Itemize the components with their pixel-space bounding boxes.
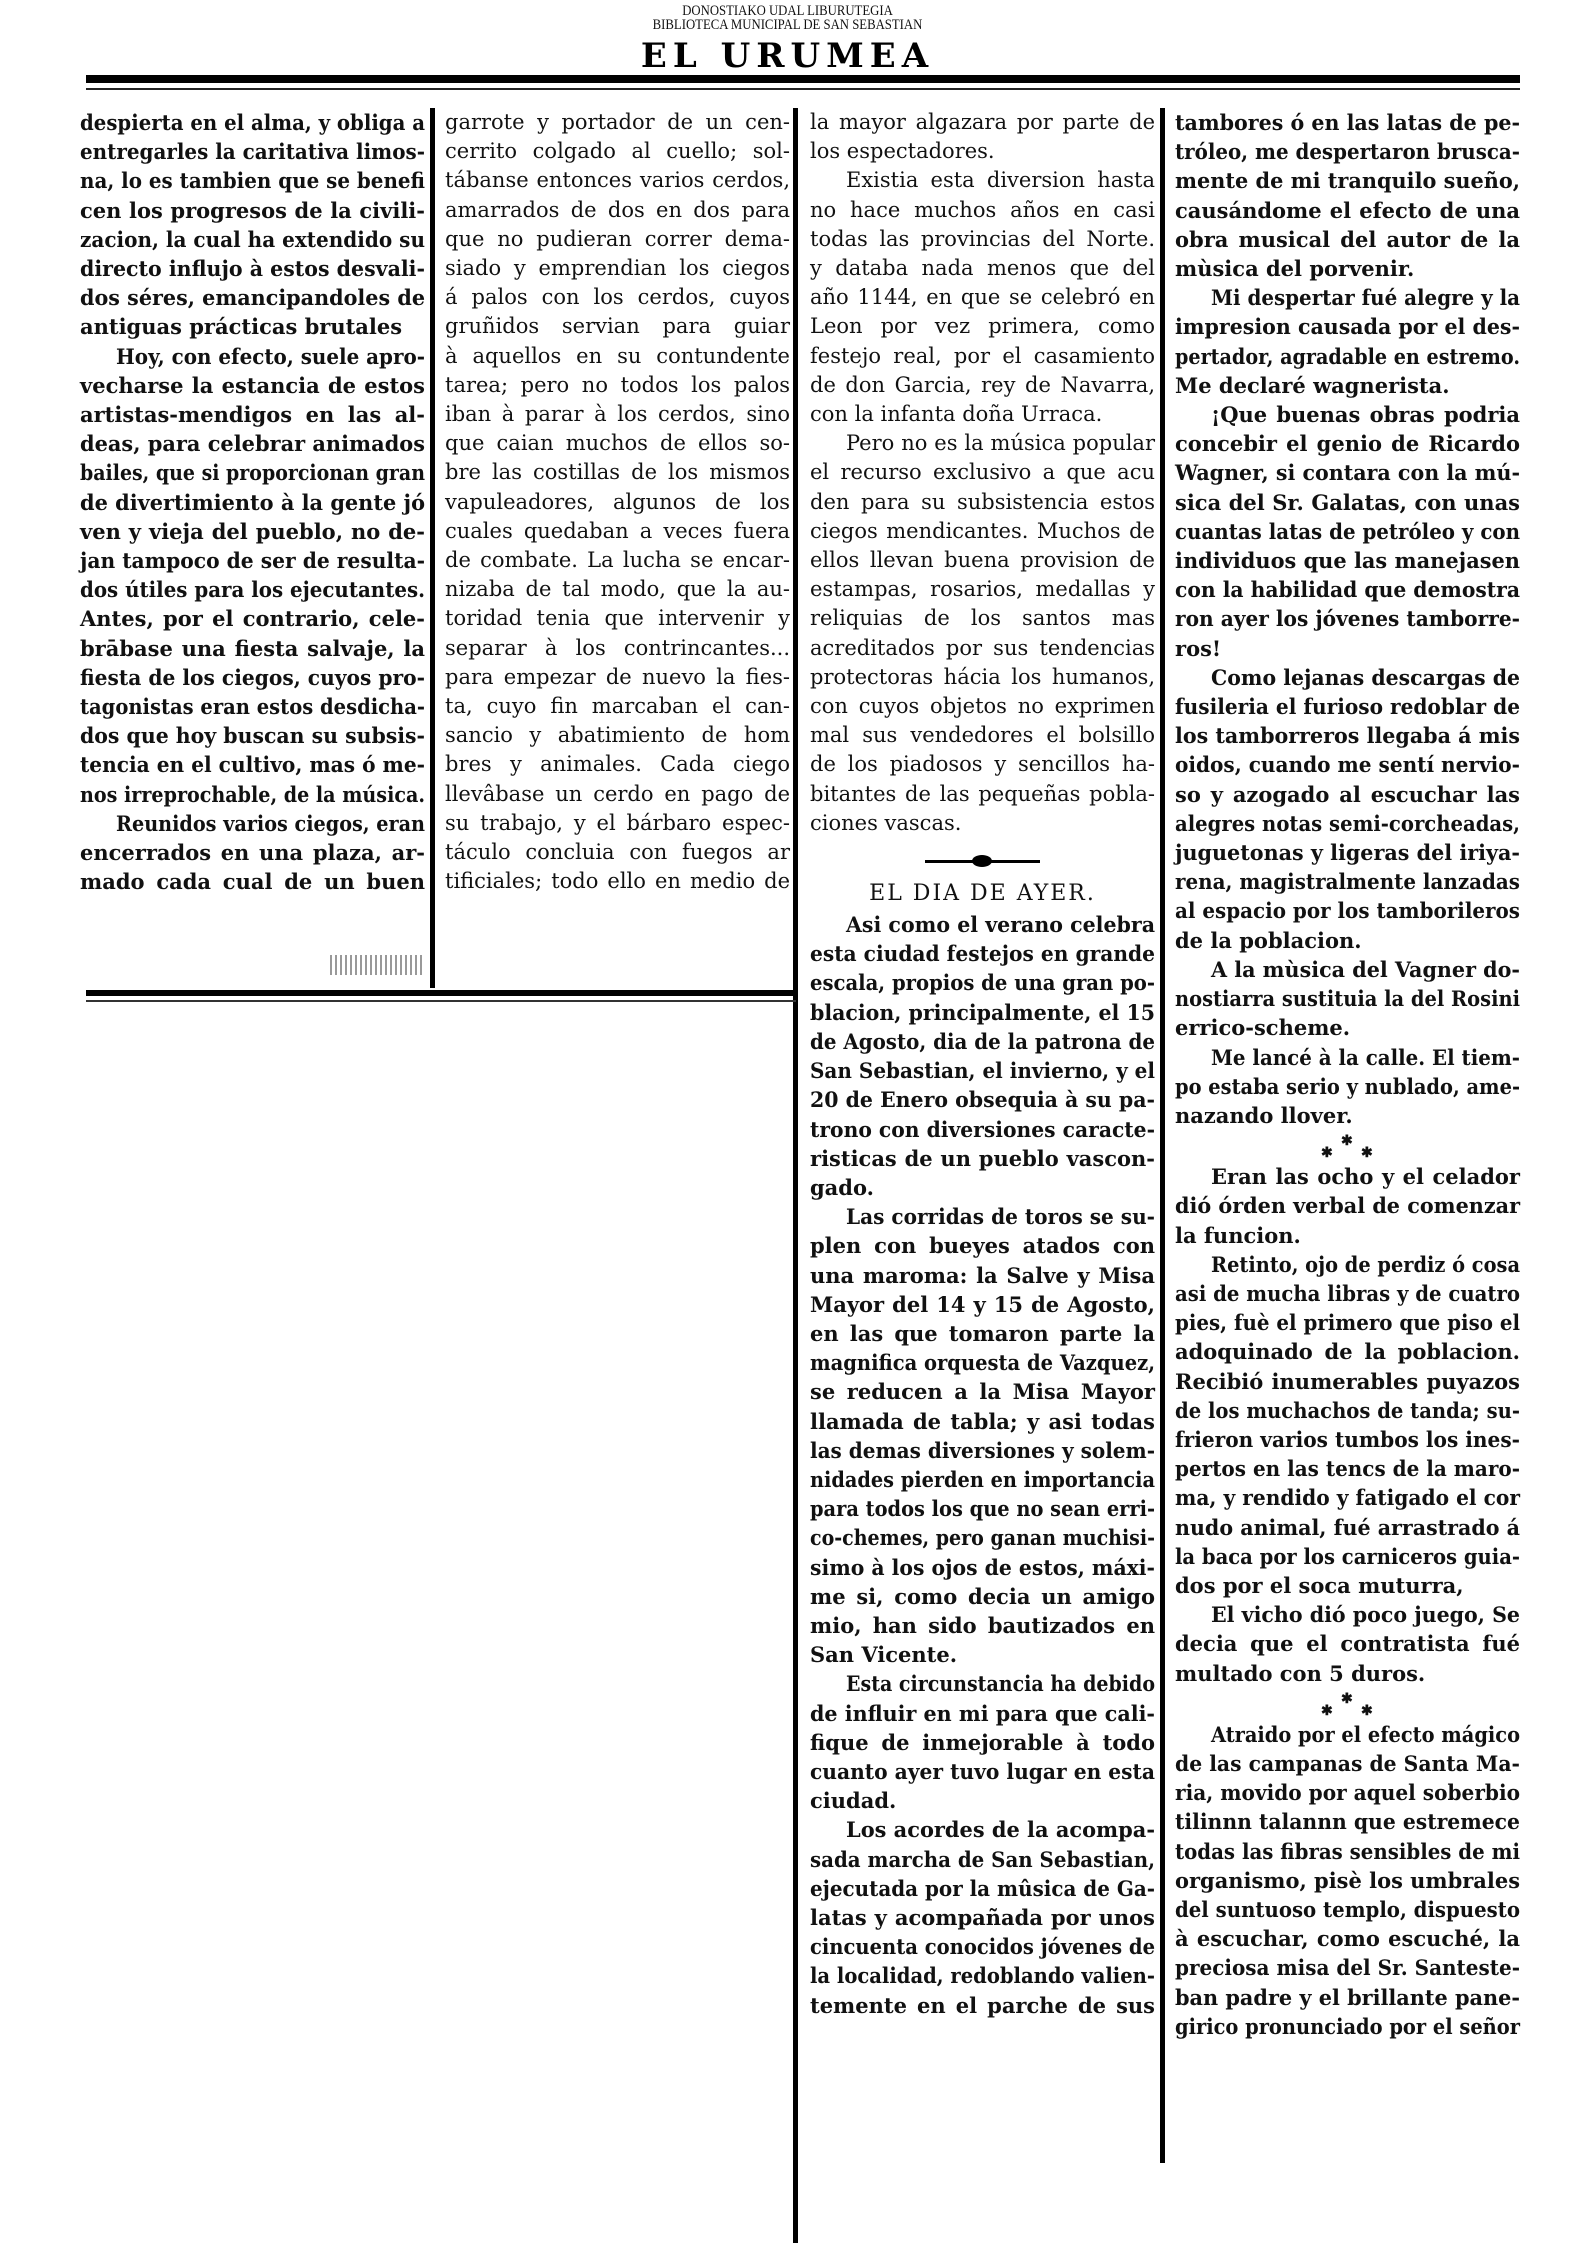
text-line: risticas de un pueblo vascon- xyxy=(810,1144,1155,1173)
text-line: ron ayer los jóvenes tamborre- xyxy=(1175,604,1520,633)
asterism-star: ✱ xyxy=(1341,1134,1353,1148)
text-line: po estaba serio y nublado, ame- xyxy=(1175,1072,1520,1101)
text-line: asi de mucha libras y de cuatro xyxy=(1175,1279,1520,1308)
text-line: cuanto ayer tuvo lugar en esta xyxy=(810,1757,1155,1786)
text-line: bitantes de las pequeñas pobla- xyxy=(810,780,1155,809)
asterism-star: ✱ xyxy=(1361,1146,1373,1160)
text-line: Eran las ocho y el celador xyxy=(1175,1162,1520,1191)
library-name-spanish: BIBLIOTECA MUNICIPAL DE SAN SEBASTIAN xyxy=(118,18,1457,32)
text-line: garrote y portador de un cen- xyxy=(445,108,790,137)
text-line: nudo animal, fué arrastrado á xyxy=(1175,1513,1520,1542)
text-line: todas las fibras sensibles de mi xyxy=(1175,1837,1520,1866)
text-line: festejo real, por el casamiento xyxy=(810,342,1155,371)
text-line: Mi despertar fué alegre y la xyxy=(1175,283,1520,312)
masthead-rule-thick xyxy=(86,75,1520,83)
text-line: errico-scheme. xyxy=(1175,1013,1520,1042)
text-line: esta ciudad festejos en grande xyxy=(810,939,1155,968)
asterism-star: ✱ xyxy=(1361,1704,1373,1718)
text-line: organismo, pisè los umbrales xyxy=(1175,1866,1520,1895)
text-line: con la habilidad que demostra xyxy=(1175,575,1520,604)
text-line: ¡Que buenas obras podria xyxy=(1175,400,1520,429)
text-line: frieron varios tumbos los ines- xyxy=(1175,1425,1520,1454)
text-line: dos que hoy buscan su subsis- xyxy=(80,721,425,750)
text-line: artistas-mendigos en las al- xyxy=(80,400,425,429)
text-line: pies, fuè el primero que piso el xyxy=(1175,1308,1520,1337)
column-4: tambores ó en las latas de pe- tróleo, m… xyxy=(1175,108,1520,2041)
text-line: nidades pierden en importancia xyxy=(810,1465,1155,1494)
asterism-ornament: ✱ ✱ ✱ xyxy=(1175,1130,1520,1162)
text-line: Existia esta diversion hasta xyxy=(810,166,1155,195)
asterism-star: ✱ xyxy=(1321,1704,1333,1718)
text-line: tróleo, me despertaron brusca- xyxy=(1175,137,1520,166)
text-line: San Vicente. xyxy=(810,1640,1155,1669)
text-line: causándome el efecto de una xyxy=(1175,196,1520,225)
text-line: concebir el genio de Ricardo xyxy=(1175,429,1520,458)
section-divider-ornament xyxy=(810,852,1155,872)
column-3: la mayor algazara por parte de los espec… xyxy=(810,108,1155,2020)
text-line: acreditados por sus tendencias xyxy=(810,634,1155,663)
text-line: decia que el contratista fué xyxy=(1175,1629,1520,1658)
text-line: me si, como decia un amigo xyxy=(810,1582,1155,1611)
text-line: latas y acompañada por unos xyxy=(810,1903,1155,1932)
text-line: nostiarra sustituia la del Rosini xyxy=(1175,984,1520,1013)
text-line: siado y emprendian los ciegos xyxy=(445,254,790,283)
text-line: Me lancé à la calle. El tiem- xyxy=(1175,1043,1520,1072)
text-line: los tamborreros llegaba á mis xyxy=(1175,721,1520,750)
asterism-star: ✱ xyxy=(1321,1146,1333,1160)
section-title: EL DIA DE AYER. xyxy=(810,878,1155,910)
text-line: tábanse entonces varios cerdos, xyxy=(445,166,790,195)
text-line: A la mùsica del Vagner do- xyxy=(1175,955,1520,984)
text-line: iban à parar à los cerdos, sino xyxy=(445,400,790,429)
text-line: mado cada cual de un buen xyxy=(80,867,425,896)
text-line: para empezar de nuevo la fies- xyxy=(445,663,790,692)
text-line: à escuchar, como escuché, la xyxy=(1175,1924,1520,1953)
text-line: la baca por los carniceros guia- xyxy=(1175,1542,1520,1571)
text-line: bailes, que si proporcionan gran xyxy=(80,458,425,487)
text-line: dos por el soca muturra, xyxy=(1175,1571,1520,1600)
text-line: antiguas prácticas brutales xyxy=(80,312,425,341)
text-line: ta, cuyo fin marcaban el can- xyxy=(445,692,790,721)
text-line: sancio y abatimiento de hom xyxy=(445,721,790,750)
text-line: sica del Sr. Galatas, con unas xyxy=(1175,488,1520,517)
text-line: con la infanta doña Urraca. xyxy=(810,400,1155,429)
text-line: cuantas latas de petróleo y con xyxy=(1175,517,1520,546)
newspaper-title: EL URUMEA xyxy=(0,38,1575,74)
text-line: Las corridas de toros se su- xyxy=(810,1202,1155,1231)
text-line: mùsica del porvenir. xyxy=(1175,254,1520,283)
end-of-article-rule-thin xyxy=(86,1000,796,1002)
text-line: entregarles la caritativa limos- xyxy=(80,137,425,166)
text-line: na, lo es tambien que se benefi xyxy=(80,166,425,195)
text-line: oidos, cuando me sentí nervio- xyxy=(1175,750,1520,779)
text-line: girico pronunciado por el señor xyxy=(1175,2012,1520,2041)
text-line: encerrados en una plaza, ar- xyxy=(80,838,425,867)
text-line: la funcion. xyxy=(1175,1221,1520,1250)
text-line: temente en el parche de sus xyxy=(810,1991,1155,2020)
asterism-star: ✱ xyxy=(1341,1692,1353,1706)
text-line: à aquellos en su contundente xyxy=(445,342,790,371)
text-line: ejecutada por la mûsica de Ga- xyxy=(810,1874,1155,1903)
text-line: ellos llevan buena provision de xyxy=(810,546,1155,575)
text-line: dos séres, emancipandoles de xyxy=(80,283,425,312)
text-line: que caian muchos de ellos so- xyxy=(445,429,790,458)
text-line: su trabajo, y el bárbaro espec- xyxy=(445,809,790,838)
text-line: estampas, rosarios, medallas y xyxy=(810,575,1155,604)
text-line: tencia en el cultivo, mas ó me- xyxy=(80,750,425,779)
text-line: dos útiles para los ejecutantes. xyxy=(80,575,425,604)
text-line: de influir en mi para que cali- xyxy=(810,1699,1155,1728)
text-line: cincuenta conocidos jóvenes de xyxy=(810,1932,1155,1961)
text-line: reliquias de los santos mas xyxy=(810,604,1155,633)
masthead-rule-thin xyxy=(86,88,1520,90)
text-line: Retinto, ojo de perdiz ó cosa xyxy=(1175,1250,1520,1279)
text-line: fusileria el furioso redoblar de xyxy=(1175,692,1520,721)
text-line: juguetonas y ligeras del iriya- xyxy=(1175,838,1520,867)
text-line: una maroma: la Salve y Misa xyxy=(810,1261,1155,1290)
text-line: la mayor algazara por parte de xyxy=(810,108,1155,137)
text-line: dió órden verbal de comenzar xyxy=(1175,1191,1520,1220)
text-line: nizaba de tal modo, que la au- xyxy=(445,575,790,604)
text-line: pertador, agradable en estremo. xyxy=(1175,342,1520,371)
text-line: llamada de tabla; y asi todas xyxy=(810,1407,1155,1436)
text-line: ven y vieja del pueblo, no de- xyxy=(80,517,425,546)
text-line: Leon por vez primera, como xyxy=(810,312,1155,341)
text-line: separar à los contrincantes... xyxy=(445,634,790,663)
text-line: fique de inmejorable à todo xyxy=(810,1728,1155,1757)
text-line: bres y animales. Cada ciego xyxy=(445,750,790,779)
text-line: trono con diversiones caracte- xyxy=(810,1115,1155,1144)
text-line: despierta en el alma, y obliga a xyxy=(80,108,425,137)
text-line: de Agosto, dia de la patrona de xyxy=(810,1027,1155,1056)
text-line: de la poblacion. xyxy=(1175,926,1520,955)
text-line: mio, han sido bautizados en xyxy=(810,1611,1155,1640)
text-line: no hace muchos años en casi xyxy=(810,196,1155,225)
text-line: Antes, por el contrario, cele- xyxy=(80,604,425,633)
text-line: de los piadosos y sencillos ha- xyxy=(810,750,1155,779)
text-line: Me declaré wagnerista. xyxy=(1175,371,1520,400)
text-line: Esta circunstancia ha debido xyxy=(810,1669,1155,1698)
text-line: Recibió inumerables puyazos xyxy=(1175,1367,1520,1396)
text-line: en las que tomaron parte la xyxy=(810,1319,1155,1348)
asterism-ornament: ✱ ✱ ✱ xyxy=(1175,1688,1520,1720)
text-line: gruñidos servian para guiar xyxy=(445,312,790,341)
text-line: Pero no es la música popular xyxy=(810,429,1155,458)
end-of-article-rule-thick xyxy=(86,990,796,996)
text-line: bre las costillas de los mismos xyxy=(445,458,790,487)
text-line: pertos en las tencs de la maro- xyxy=(1175,1454,1520,1483)
column-2: garrote y portador de un cen- cerrito co… xyxy=(445,108,790,896)
text-line: con cuyos objetos no exprimen xyxy=(810,692,1155,721)
text-line: blacion, principalmente, el 15 xyxy=(810,998,1155,1027)
text-line: todas las provincias del Norte. xyxy=(810,225,1155,254)
text-line: Wagner, si contara con la mú- xyxy=(1175,458,1520,487)
text-line: táculo concluia con fuegos ar xyxy=(445,838,790,867)
text-line: ros! xyxy=(1175,634,1520,663)
text-line: San Sebastian, el invierno, y el xyxy=(810,1056,1155,1085)
text-line: ria, movido por aquel soberbio xyxy=(1175,1778,1520,1807)
text-line: tambores ó en las latas de pe- xyxy=(1175,108,1520,137)
text-line: Como lejanas descargas de xyxy=(1175,663,1520,692)
text-line: Reunidos varios ciegos, eran xyxy=(80,809,425,838)
text-line: alegres notas semi-corcheadas, xyxy=(1175,809,1520,838)
text-line: co-chemes, pero ganan muchisi- xyxy=(810,1523,1155,1552)
text-line: Hoy, con efecto, suele apro- xyxy=(80,342,425,371)
text-line: escala, propios de una gran po- xyxy=(810,968,1155,997)
text-line: Atraido por el efecto mágico xyxy=(1175,1720,1520,1749)
text-line: individuos que las manejasen xyxy=(1175,546,1520,575)
text-line: impresion causada por el des- xyxy=(1175,312,1520,341)
text-line: de combate. La lucha se encar- xyxy=(445,546,790,575)
text-line: llevâbase un cerdo en pago de xyxy=(445,780,790,809)
text-line: Mayor del 14 y 15 de Agosto, xyxy=(810,1290,1155,1319)
text-line: año 1144, en que se celebró en xyxy=(810,283,1155,312)
text-line: vecharse la estancia de estos xyxy=(80,371,425,400)
text-line: so y azogado al escuchar las xyxy=(1175,780,1520,809)
text-line: la localidad, redoblando valien- xyxy=(810,1961,1155,1990)
text-line: al espacio por los tamborileros xyxy=(1175,896,1520,925)
text-line: deas, para celebrar animados xyxy=(80,429,425,458)
text-line: de los muchachos de tanda; su- xyxy=(1175,1396,1520,1425)
text-line: ciones vascas. xyxy=(810,809,1155,838)
text-line: á palos con los cerdos, cuyos xyxy=(445,283,790,312)
text-line: plen con bueyes atados con xyxy=(810,1231,1155,1260)
library-header: DONOSTIAKO UDAL LIBURUTEGIA BIBLIOTECA M… xyxy=(118,4,1457,32)
text-line: cerrito colgado al cuello; sol- xyxy=(445,137,790,166)
text-line: los espectadores. xyxy=(810,137,1155,166)
text-line: multado con 5 duros. xyxy=(1175,1659,1520,1688)
column-1: despierta en el alma, y obliga a entrega… xyxy=(80,108,425,896)
text-line: nos irreprochable, de la música. xyxy=(80,780,425,809)
text-line: nazando llover. xyxy=(1175,1101,1520,1130)
text-line: sada marcha de San Sebastian, xyxy=(810,1845,1155,1874)
text-line: simo à los ojos de estos, máxi- xyxy=(810,1553,1155,1582)
text-line: ciegos mendicantes. Muchos de xyxy=(810,517,1155,546)
text-line: fiesta de los ciegos, cuyos pro- xyxy=(80,663,425,692)
column-divider-2 xyxy=(793,108,798,2243)
print-smudge xyxy=(330,955,425,975)
text-line: cen los progresos de la civili- xyxy=(80,196,425,225)
text-line: cuales quedaban a veces fuera xyxy=(445,517,790,546)
text-line: zacion, la cual ha extendido su xyxy=(80,225,425,254)
text-line: tarea; pero no todos los palos xyxy=(445,371,790,400)
text-line: de las campanas de Santa Ma- xyxy=(1175,1749,1520,1778)
text-line: para todos los que no sean erri- xyxy=(810,1494,1155,1523)
text-line: mente de mi tranquilo sueño, xyxy=(1175,166,1520,195)
text-line: tilinnn talannn que estremece xyxy=(1175,1807,1520,1836)
text-line: adoquinado de la poblacion. xyxy=(1175,1337,1520,1366)
text-line: que no pudieran correr dema- xyxy=(445,225,790,254)
library-name-basque: DONOSTIAKO UDAL LIBURUTEGIA xyxy=(118,4,1457,18)
section-body: Asi como el verano celebra esta ciudad f… xyxy=(810,910,1155,2020)
text-line: gado. xyxy=(810,1173,1155,1202)
text-line: del suntuoso templo, dispuesto xyxy=(1175,1895,1520,1924)
text-line: Asi como el verano celebra xyxy=(810,910,1155,939)
text-line: El vicho dió poco juego, Se xyxy=(1175,1600,1520,1629)
ornament-center xyxy=(972,855,992,867)
text-line: las demas diversiones y solem- xyxy=(810,1436,1155,1465)
text-line: Los acordes de la acompa- xyxy=(810,1815,1155,1844)
text-line: vapuleadores, algunos de los xyxy=(445,488,790,517)
text-line: mal sus vendedores el bolsillo xyxy=(810,721,1155,750)
column-divider-3 xyxy=(1160,108,1165,2163)
text-line: ban padre y el brillante pane- xyxy=(1175,1983,1520,2012)
text-line: el recurso exclusivo a que acu xyxy=(810,458,1155,487)
text-line: preciosa misa del Sr. Santeste- xyxy=(1175,1953,1520,1982)
text-line: de don Garcia, rey de Navarra, xyxy=(810,371,1155,400)
text-line: amarrados de dos en dos para xyxy=(445,196,790,225)
text-line: magnifica orquesta de Vazquez, xyxy=(810,1348,1155,1377)
text-line: se reducen a la Misa Mayor xyxy=(810,1377,1155,1406)
text-line: obra musical del autor de la xyxy=(1175,225,1520,254)
text-line: y databa nada menos que del xyxy=(810,254,1155,283)
text-line: directo influjo à estos desvali- xyxy=(80,254,425,283)
text-line: den para su subsistencia estos xyxy=(810,488,1155,517)
text-line: tagonistas eran estos desdicha- xyxy=(80,692,425,721)
text-line: protectoras hácia los humanos, xyxy=(810,663,1155,692)
text-line: 20 de Enero obsequia à su pa- xyxy=(810,1085,1155,1114)
text-line: brābase una fiesta salvaje, la xyxy=(80,634,425,663)
text-line: ciudad. xyxy=(810,1786,1155,1815)
text-line: tificiales; todo ello en medio de xyxy=(445,867,790,896)
text-line: de divertimiento à la gente jó xyxy=(80,488,425,517)
text-line: toridad tenia que intervenir y xyxy=(445,604,790,633)
text-line: jan tampoco de ser de resulta- xyxy=(80,546,425,575)
text-line: rena, magistralmente lanzadas xyxy=(1175,867,1520,896)
column-divider-1 xyxy=(430,108,435,988)
text-line: ma, y rendido y fatigado el cor xyxy=(1175,1483,1520,1512)
